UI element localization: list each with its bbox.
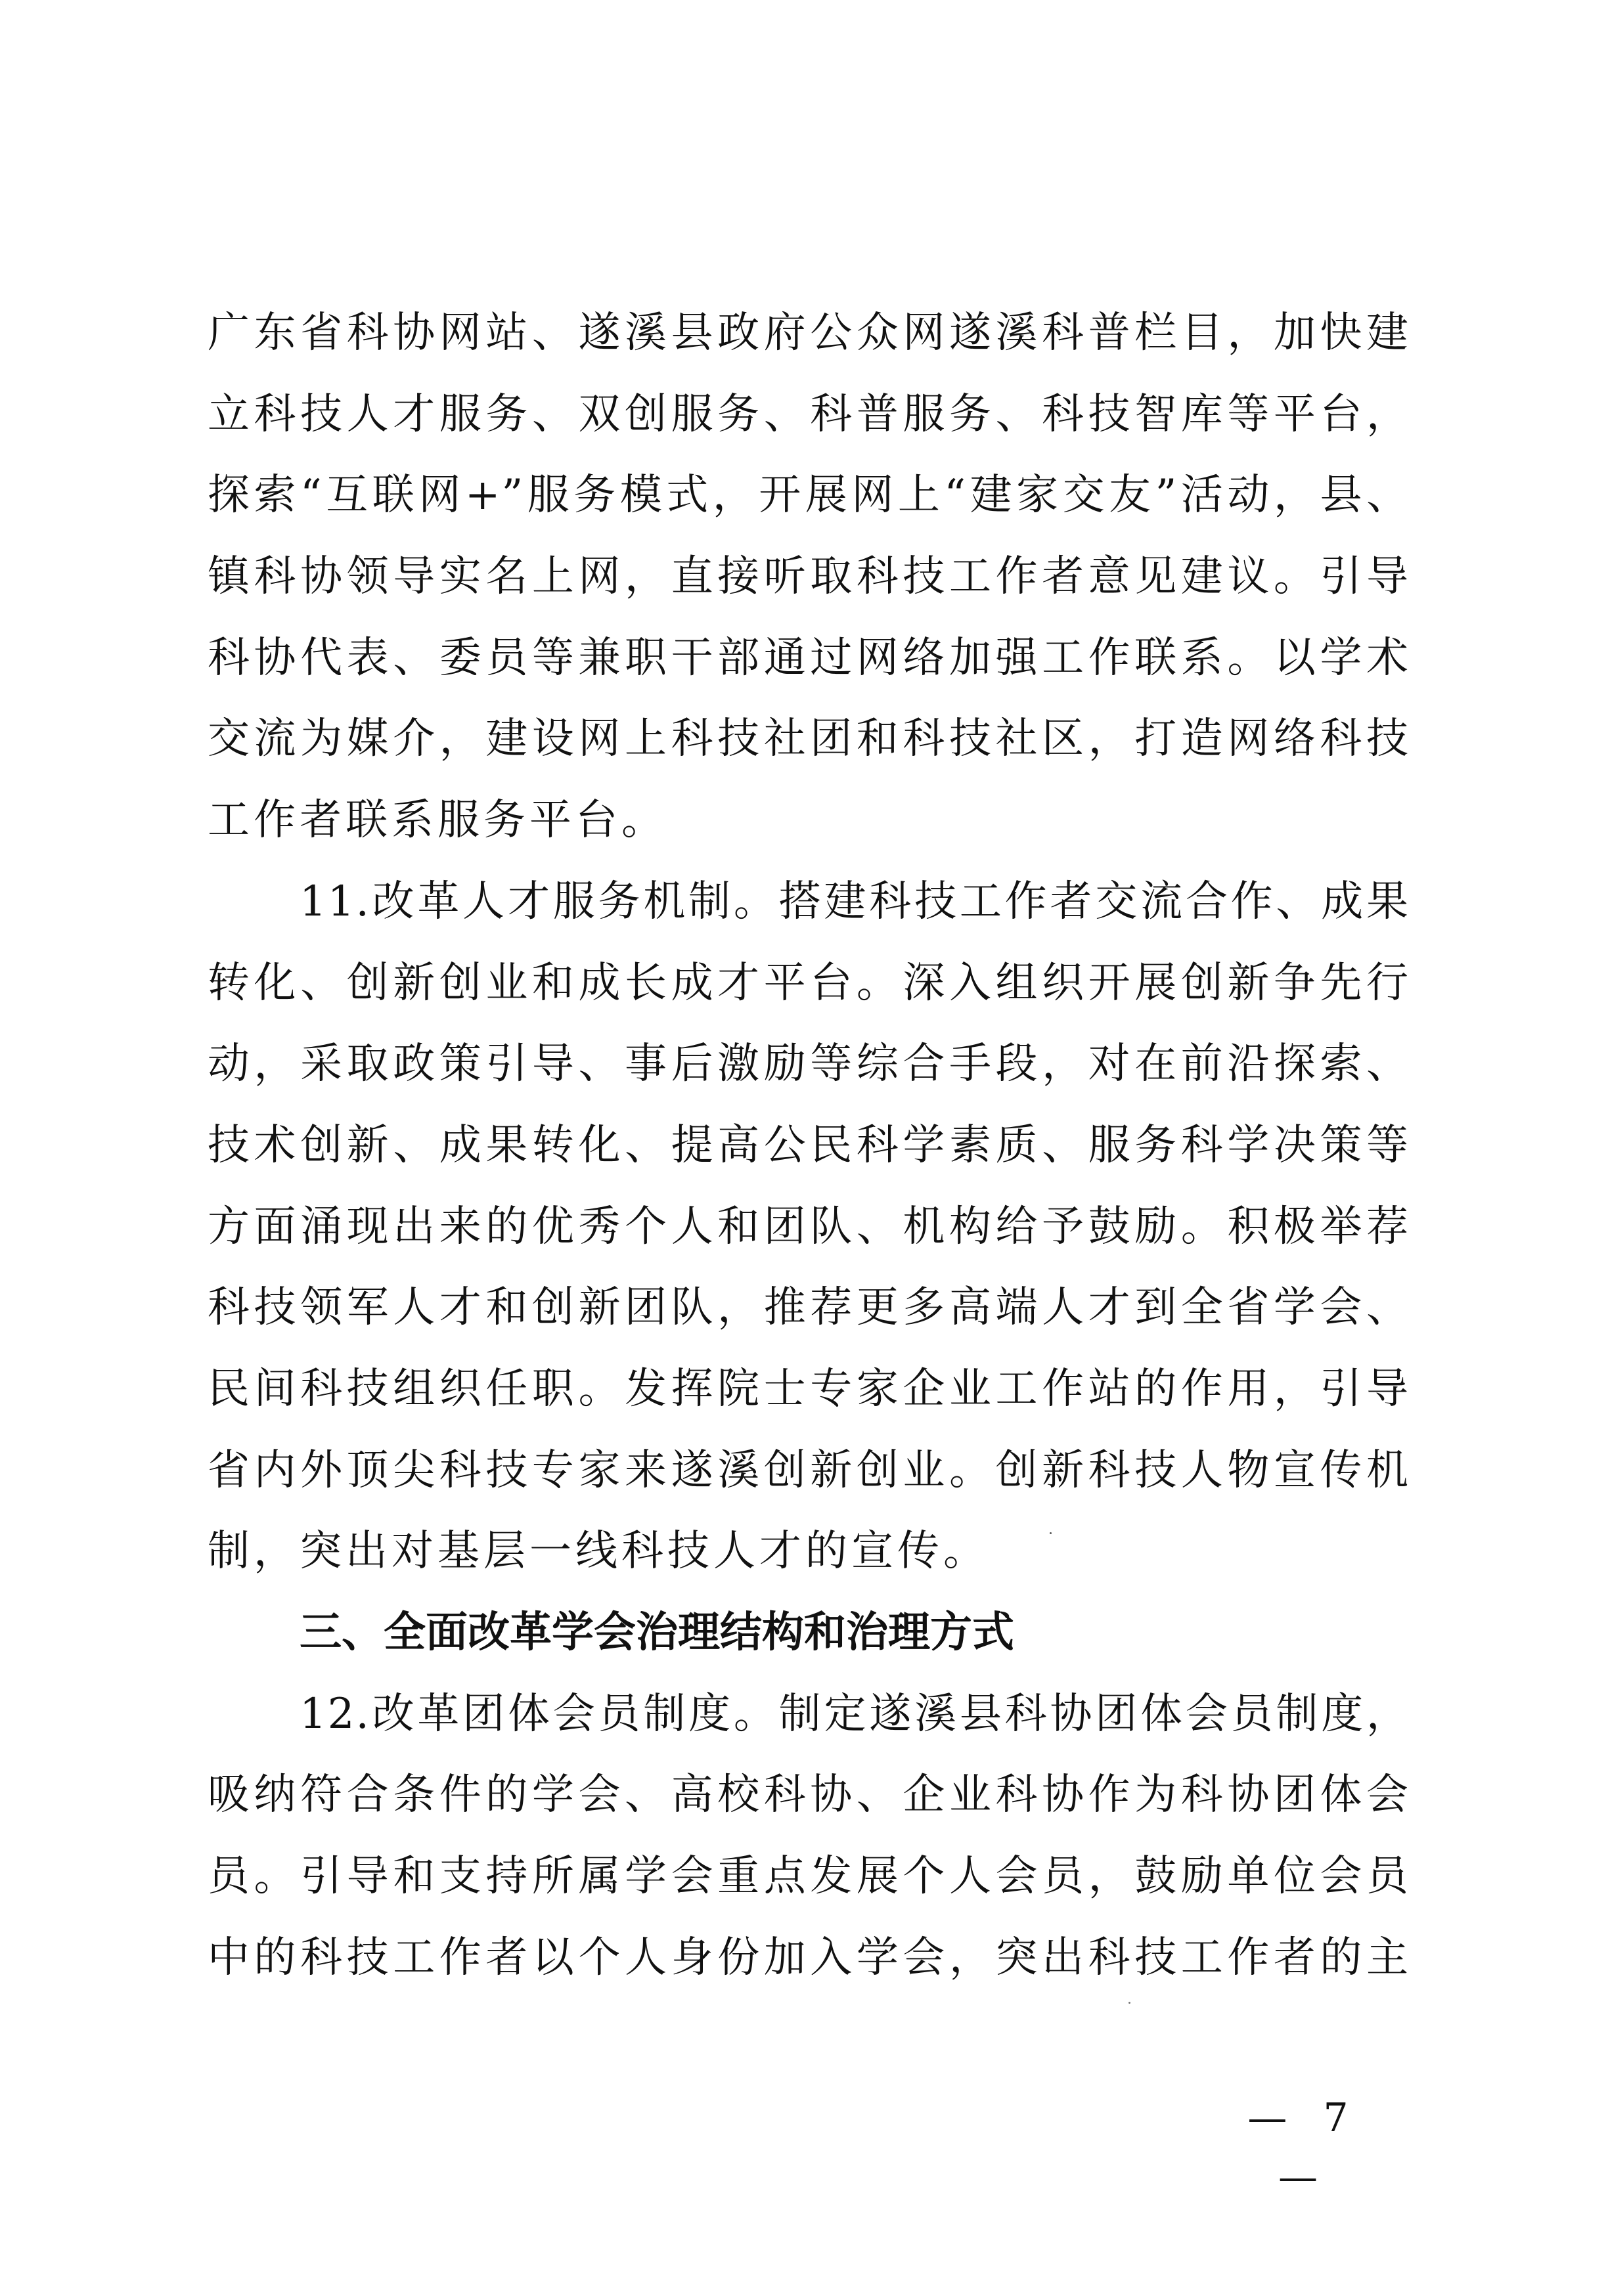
- paragraph-line: 员。引导和支持所属学会重点发展个人会员，鼓励单位会员: [208, 1843, 1410, 1909]
- paragraph-line: 转化、创新创业和成长成才平台。深入组织开展创新争先行: [208, 950, 1410, 1016]
- scan-speck: [1128, 2002, 1130, 2004]
- paragraph-line: 动，采取政策引导、事后激励等综合手段，对在前沿探索、: [208, 1031, 1410, 1097]
- paragraph-line: 吸纳符合条件的学会、高校科协、企业科协作为科协团体会: [208, 1762, 1410, 1828]
- paragraph-line: 广东省科协网站、遂溪县政府公众网遂溪科普栏目，加快建: [208, 300, 1410, 366]
- paragraph-line: 科技领军人才和创新团队，推荐更多高端人才到全省学会、: [208, 1275, 1410, 1340]
- paragraph-line: 交流为媒介，建设网上科技社团和科技社区，打造网络科技: [208, 706, 1410, 772]
- paragraph-line: 科协代表、委员等兼职干部通过网络加强工作联系。以学术: [208, 625, 1410, 691]
- paragraph-line: 民间科技组织任职。发挥院士专家企业工作站的作用，引导: [208, 1356, 1410, 1422]
- document-page: 广东省科协网站、遂溪县政府公众网遂溪科普栏目，加快建 立科技人才服务、双创服务、…: [0, 0, 1608, 2296]
- paragraph-line: 省内外顶尖科技专家来遂溪创新创业。创新科技人物宣传机: [208, 1438, 1410, 1503]
- page-number: — 7 —: [1215, 2088, 1393, 2148]
- paragraph-line: 方面涌现出来的优秀个人和团队、机构给予鼓励。积极举荐: [208, 1194, 1410, 1260]
- paragraph-line: 镇科协领导实名上网，直接听取科技工作者意见建议。引导: [208, 544, 1410, 609]
- paragraph-line: 立科技人才服务、双创服务、科普服务、科技智库等平台，: [208, 382, 1410, 447]
- paragraph-line: 12.改革团体会员制度。制定遂溪县科协团体会员制度，: [300, 1681, 1410, 1747]
- paragraph-line: 工作者联系服务平台。: [208, 787, 1410, 853]
- scan-speck: [1050, 1532, 1052, 1534]
- paragraph-line: 中的科技工作者以个人身份加入学会，突出科技工作者的主: [208, 1925, 1410, 1991]
- paragraph-line: 技术创新、成果转化、提高公民科学素质、服务科学决策等: [208, 1113, 1410, 1178]
- paragraph-line: 制，突出对基层一线科技人才的宣传。: [208, 1518, 1410, 1584]
- paragraph-line: 探索“互联网+”服务模式，开展网上“建家交友”活动，县、: [208, 462, 1410, 528]
- paragraph-line: 11.改革人才服务机制。搭建科技工作者交流合作、成果: [300, 869, 1410, 935]
- section-heading: 三、全面改革学会治理结构和治理方式: [300, 1600, 1410, 1666]
